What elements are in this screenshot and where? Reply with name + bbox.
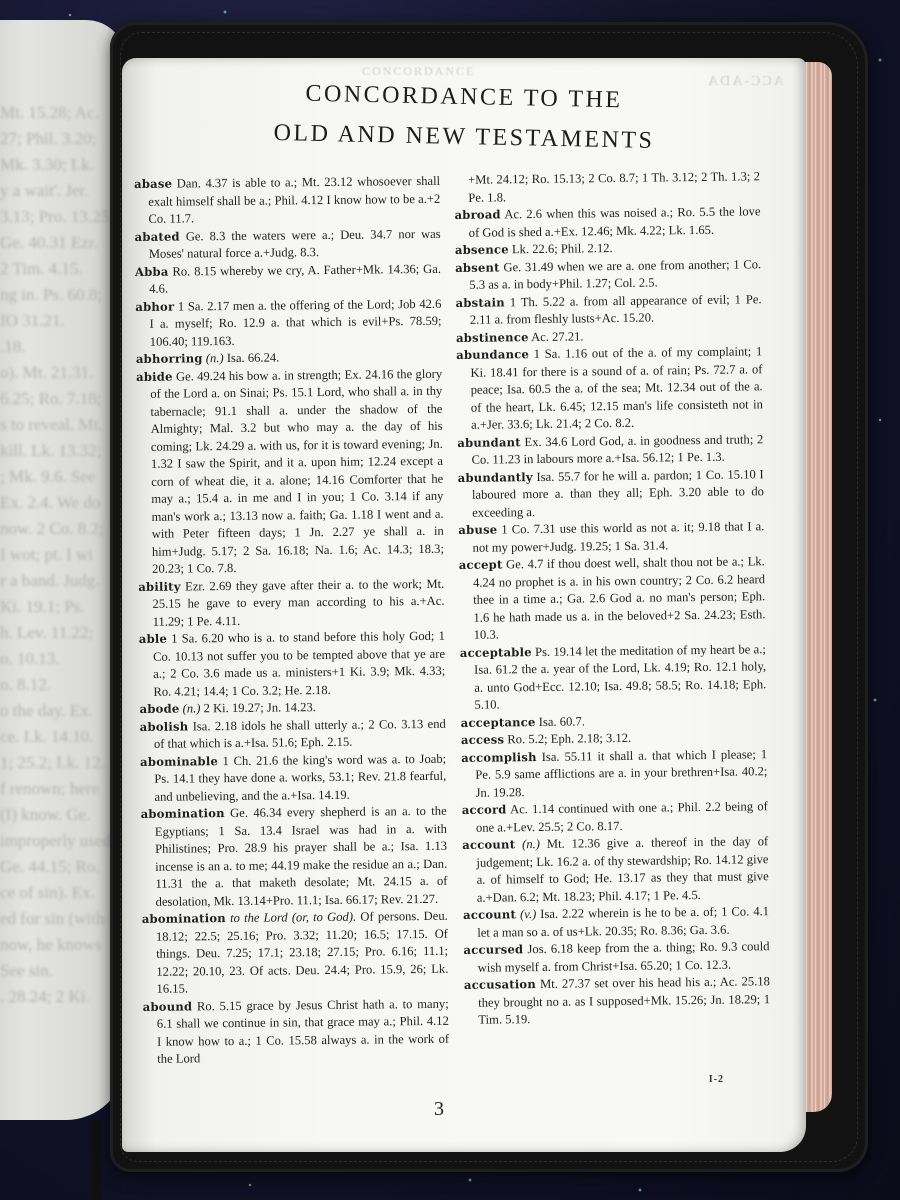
ribbon-marker[interactable]: [92, 1120, 101, 1200]
entry-references: Ge. 8.3 the waters were a.; Deu. 34.7 no…: [149, 226, 441, 261]
entry-headword: accomplish: [461, 750, 537, 765]
entry-headword: abomination: [141, 806, 225, 821]
ghost-line: Mk. 3.30; Lk.: [0, 152, 126, 178]
ghost-line: improperly used: [0, 828, 126, 854]
entry-references: Ac. 27.21.: [531, 329, 584, 344]
concordance-entry: ability Ezr. 2.69 they gave after their …: [138, 575, 445, 631]
entry-references: Ge. 49.24 his bow a. in strength; Ex. 24…: [150, 366, 444, 576]
concordance-columns: abase Dan. 4.37 is able to a.; Mt. 23.12…: [134, 176, 774, 1069]
entry-headword: abolish: [140, 719, 189, 734]
concordance-entry: Abba Ro. 8.15 whereby we cry, A. Father+…: [135, 260, 441, 298]
ghost-line: f renown; here: [0, 776, 126, 802]
entry-references: 2 Ki. 19.27; Jn. 14.23.: [204, 700, 316, 715]
concordance-entry: account (v.) Isa. 2.22 wherein is he to …: [463, 903, 769, 942]
concordance-entry: account (n.) Mt. 12.36 give a. thereof i…: [462, 833, 769, 907]
entry-references: Dan. 4.37 is able to a.; Mt. 23.12 whoso…: [148, 174, 440, 226]
concordance-entry: abundantly Isa. 55.7 for he will a. pard…: [458, 466, 765, 522]
ghost-line: 27; Phil. 3.20;: [0, 126, 126, 152]
entry-references: Ac. 1.14 continued with one a.; Phil. 2.…: [476, 799, 768, 834]
concordance-entry: abomination to the Lord (or, to God). Of…: [142, 908, 449, 999]
concordance-entry: abhor 1 Sa. 2.17 men a. the offering of …: [135, 295, 442, 351]
ghost-line: o). Mt. 21.31.: [0, 360, 126, 386]
ghost-line: now. 2 Co. 8.2;: [0, 516, 126, 542]
entry-references: 1 Th. 5.22 a. from all appearance of evi…: [470, 292, 762, 327]
ghost-line: .18.: [0, 334, 126, 360]
entry-headword: abated: [135, 229, 180, 243]
entry-headword: abomination: [142, 911, 226, 926]
entry-references: Lk. 22.6; Phil. 2.12.: [512, 241, 613, 256]
left-column: abase Dan. 4.37 is able to a.; Mt. 23.12…: [134, 173, 449, 1069]
ghost-line: r a band. Judg.: [0, 568, 126, 594]
concordance-entry: abolish Isa. 2.18 idols he shall utterly…: [140, 715, 446, 753]
entry-headword: access: [461, 732, 504, 747]
entry-references: Isa. 60.7.: [539, 714, 585, 729]
entry-headword: accursed: [463, 942, 523, 957]
page-title-line-1: CONCORDANCE TO THE: [122, 77, 806, 118]
ghost-line: (I) know. Ge.: [0, 802, 126, 828]
entry-headword: abase: [134, 177, 172, 191]
ghost-line: ce of sin). Ex.: [0, 880, 126, 906]
running-head-right: ACC-ADA: [706, 74, 784, 90]
entry-headword: able: [139, 632, 167, 646]
left-page-bleed-text: Mt. 15.28; Ac.27; Phil. 3.20;Mk. 3.30; L…: [0, 100, 126, 1010]
entry-references: Isa. 2.18 idols he shall utterly a.; 2 C…: [154, 716, 446, 751]
ghost-line: I wot; pt. I wi: [0, 542, 126, 568]
entry-headword: absence: [455, 242, 509, 257]
concordance-entry: acceptable Ps. 19.14 let the meditation …: [460, 641, 767, 715]
concordance-entry: +Mt. 24.12; Ro. 15.13; 2 Co. 8.7; 1 Th. …: [454, 168, 760, 207]
entry-headword: abstinence: [456, 330, 529, 345]
entry-headword: abuse: [458, 522, 497, 536]
ghost-line: Ex. 2.4. We do: [0, 490, 126, 516]
entry-headword: abstain: [456, 295, 505, 310]
ghost-line: o. 10.13.: [0, 646, 126, 672]
entry-references: Ge. 31.49 when we are a. one from anothe…: [469, 257, 761, 292]
ghost-line: Ge. 40.31 Ezr.: [0, 230, 126, 256]
entry-references: Mt. 12.36 give a. thereof in the day of …: [476, 834, 768, 904]
concordance-entry: abuse 1 Co. 7.31 use this world as not a…: [458, 518, 764, 557]
entry-headword: ability: [138, 579, 180, 593]
entry-note: (n.): [183, 701, 201, 715]
page-title-line-2: OLD AND NEW TESTAMENTS: [122, 117, 806, 158]
entry-note: (v.): [520, 907, 536, 921]
entry-note: (n.): [522, 837, 540, 851]
ghost-line: ng in. Ps. 60.8;: [0, 282, 126, 308]
entry-headword: accord: [462, 802, 507, 817]
entry-headword: abundance: [456, 347, 529, 362]
entry-headword: abundantly: [458, 470, 533, 485]
ghost-line: now, he knows: [0, 932, 126, 958]
left-page: Mt. 15.28; Ac.27; Phil. 3.20;Mk. 3.30; L…: [0, 20, 126, 1120]
ghost-line: See sin.: [0, 958, 126, 984]
concordance-entry: abated Ge. 8.3 the waters were a.; Deu. …: [135, 225, 441, 263]
concordance-entry: accursed Jos. 6.18 keep from the a. thin…: [463, 938, 769, 977]
entry-references: Ge. 4.7 if thou doest well, shalt thou n…: [473, 554, 766, 642]
entry-headword: abundant: [457, 435, 521, 450]
entry-references: Ac. 2.6 when this was noised a.; Ro. 5.5…: [469, 204, 761, 239]
entry-headword: accusation: [464, 977, 536, 992]
ghost-line: 2 Tim. 4.15.: [0, 256, 126, 282]
ghost-line: Ki. 19.1; Ps.: [0, 594, 126, 620]
entry-headword: abhor: [135, 299, 174, 313]
concordance-entry: abominable 1 Ch. 21.6 the king's word wa…: [140, 750, 447, 806]
concordance-entry: abundant Ex. 34.6 Lord God, a. in goodne…: [457, 431, 763, 470]
ghost-line: 6.25; Ro. 7.18;: [0, 386, 126, 412]
entry-headword: Abba: [135, 264, 169, 278]
concordance-entry: accept Ge. 4.7 if thou doest well, shalt…: [459, 553, 766, 644]
entry-headword: account: [462, 837, 515, 852]
concordance-entry: abase Dan. 4.37 is able to a.; Mt. 23.12…: [134, 173, 441, 229]
right-page: CONCORDANCE ACC-ADA CONCORDANCE TO THE O…: [122, 58, 806, 1152]
entry-headword: account: [463, 907, 516, 922]
ghost-line: h. Lev. 11.22;: [0, 620, 126, 646]
entry-headword: abominable: [140, 754, 218, 769]
entry-headword: acceptable: [460, 645, 532, 660]
ghost-line: s to reveal. Mt.: [0, 412, 126, 438]
ghost-line: Mt. 15.28; Ac.: [0, 100, 126, 126]
entry-references: Isa. 66.24.: [227, 350, 280, 365]
ghost-line: . 28.24; 2 Ki.: [0, 984, 126, 1010]
entry-note: to the Lord (or, to God).: [230, 910, 356, 925]
signature-mark: I-2: [709, 1074, 724, 1085]
concordance-entry: abomination Ge. 46.34 every shepherd is …: [141, 803, 448, 911]
entry-references: Ezr. 2.69 they gave after their a. to th…: [152, 576, 444, 628]
entry-references: Ro. 8.15 whereby we cry, A. Father+Mk. 1…: [149, 261, 441, 296]
ghost-line: 1; 25.2; Lk. 12.: [0, 750, 126, 776]
entry-references: 1 Sa. 2.17 men a. the offering of the Lo…: [149, 296, 441, 348]
concordance-entry: able 1 Sa. 6.20 who is a. to stand befor…: [139, 628, 446, 701]
concordance-entry: absent Ge. 31.49 when we are a. one from…: [455, 256, 761, 295]
entry-headword: acceptance: [461, 715, 536, 730]
ghost-line: ; Mk. 9.6. See: [0, 464, 126, 490]
ghost-line: Ge. 44.15; Ro.: [0, 854, 126, 880]
ghost-line: o the day. Ex.: [0, 698, 126, 724]
ghost-line: kill. Lk. 13.32;: [0, 438, 126, 464]
ghost-line: 3.13; Pro. 13.25;: [0, 204, 126, 230]
entry-headword: abroad: [454, 207, 500, 222]
ghost-line: o. 8.12.: [0, 672, 126, 698]
entry-headword: absent: [455, 260, 500, 275]
concordance-entry: abide Ge. 49.24 his bow a. in strength; …: [136, 365, 444, 578]
ghost-line: y a wait'. Jer.: [0, 178, 126, 204]
concordance-entry: accomplish Isa. 55.11 it shall a. that w…: [461, 746, 768, 802]
entry-references: 1 Sa. 6.20 who is a. to stand before thi…: [153, 629, 445, 699]
entry-note: (n.): [206, 351, 224, 365]
concordance-entry: abroad Ac. 2.6 when this was noised a.; …: [454, 203, 760, 242]
entry-headword: accept: [459, 557, 503, 572]
entry-references: Ro. 5.15 grace by Jesus Christ hath a. t…: [157, 996, 449, 1066]
concordance-entry: accusation Mt. 27.37 set over his head h…: [464, 973, 771, 1029]
right-column: +Mt. 24.12; Ro. 15.13; 2 Co. 8.7; 1 Th. …: [454, 168, 771, 1068]
concordance-entry: accord Ac. 1.14 continued with one a.; P…: [462, 798, 768, 837]
concordance-entry: abstain 1 Th. 5.22 a. from all appearanc…: [455, 291, 761, 330]
entry-references: 1 Co. 7.31 use this world as not a. it; …: [473, 519, 765, 554]
concordance-entry: abundance 1 Sa. 1.16 out of the a. of my…: [456, 343, 763, 434]
entry-headword: abide: [136, 369, 173, 383]
entry-headword: abhorring: [136, 351, 203, 366]
running-head-center: CONCORDANCE: [362, 64, 475, 79]
concordance-entry: abound Ro. 5.15 grace by Jesus Christ ha…: [143, 995, 450, 1068]
entry-headword: abound: [143, 999, 193, 1014]
entry-references: +Mt. 24.12; Ro. 15.13; 2 Co. 8.7; 1 Th. …: [468, 169, 760, 204]
page-number: 3: [434, 1098, 444, 1121]
ghost-line: IO 31.21.: [0, 308, 126, 334]
entry-headword: abode: [140, 702, 180, 716]
ghost-line: ed for sin (with: [0, 906, 126, 932]
entry-references: Ro. 5.2; Eph. 2.18; 3.12.: [507, 731, 631, 747]
ghost-line: ce. Lk. 14.10.: [0, 724, 126, 750]
